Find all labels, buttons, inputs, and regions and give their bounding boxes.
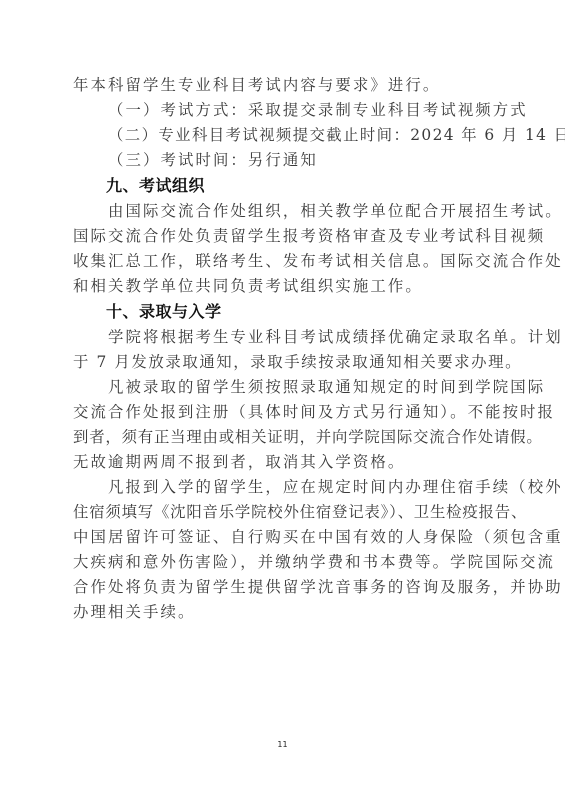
paragraph-line: 由国际交流合作处组织，相关教学单位配合开展招生考试。 [73,199,495,224]
paragraph-line: 于 7 月发放录取通知，录取手续按录取通知相关要求办理。 [73,350,495,375]
section-heading-exam-organization: 九、考试组织 [73,173,495,199]
exam-item-deadline: （二）专业科目考试视频提交截止时间：2024 年 6 月 14 日 [73,123,495,148]
paragraph-line: 无故逾期两周不报到者，取消其入学资格。 [73,450,495,475]
paragraph-line: 学院将根据考生专业科目考试成绩择优确定录取名单。计划 [73,325,495,350]
page-number: 11 [0,740,565,749]
paragraph-line: 交流合作处报到注册（具体时间及方式另行通知）。不能按时报 [73,400,495,425]
paragraph-line: 到者，须有正当理由或相关证明，并向学院国际交流合作处请假。 [73,425,495,450]
paragraph-line: 中国居留许可签证、自行购买在中国有效的人身保险（须包含重 [73,525,495,550]
paragraph-line: 住宿须填写《沈阳音乐学院校外住宿登记表》）、卫生检疫报告、 [73,500,495,525]
paragraph-line: 凡被录取的留学生须按照录取通知规定的时间到学院国际 [73,375,495,400]
paragraph-line: 国际交流合作处负责留学生报考资格审查及专业考试科目视频 [73,224,495,249]
paragraph-line: 年本科留学生专业科目考试内容与要求》进行。 [73,73,495,98]
document-page: 年本科留学生专业科目考试内容与要求》进行。 （一）考试方式：采取提交录制专业科目… [73,73,495,625]
paragraph-line: 凡报到入学的留学生，应在规定时间内办理住宿手续（校外 [73,475,495,500]
paragraph-line: 合作处将负责为留学生提供留学沈音事务的咨询及服务，并协助 [73,575,495,600]
paragraph-line: 大疾病和意外伤害险），并缴纳学费和书本费等。学院国际交流 [73,550,495,575]
exam-item-time: （三）考试时间：另行通知 [73,148,495,173]
exam-item-method: （一）考试方式：采取提交录制专业科目考试视频方式 [73,98,495,123]
paragraph-line: 和相关教学单位共同负责考试组织实施工作。 [73,274,495,299]
section-heading-admission: 十、录取与入学 [73,299,495,325]
paragraph-line: 收集汇总工作，联络考生、发布考试相关信息。国际交流合作处 [73,249,495,274]
paragraph-line: 办理相关手续。 [73,600,495,625]
